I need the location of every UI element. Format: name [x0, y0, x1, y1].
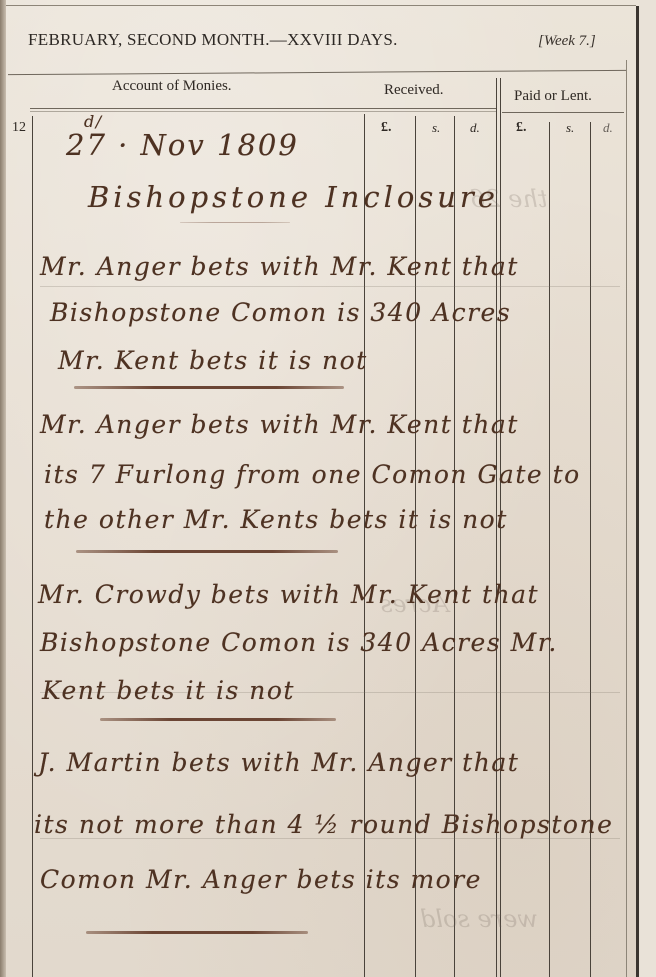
bet-3-line-2: Bishopstone Comon is 340 Acres Mr. — [40, 628, 558, 657]
bet-4-line-2: its not more than 4 ½ round Bishopstone — [34, 810, 613, 839]
paid-shillings-rule — [549, 122, 550, 977]
received-pounds-label: £. — [381, 120, 392, 136]
bet-1-line-3: Mr. Kent bets it is not — [58, 346, 368, 375]
header-rule-paid — [502, 112, 624, 113]
bet-4-line-3: Comon Mr. Anger bets its more — [40, 865, 482, 894]
column-header-paid: Paid or Lent. — [514, 88, 592, 105]
header-rule-top — [8, 70, 626, 75]
bleed-line — [40, 286, 620, 287]
page-title: FEBRUARY, SECOND MONTH.—XXVIII DAYS. — [28, 30, 398, 50]
received-pounds-rule — [364, 114, 365, 977]
bet-4-separator — [86, 931, 308, 934]
entry-heading: Bishopstone Inclosure — [88, 180, 499, 214]
paid-shillings-label: s. — [566, 120, 574, 136]
bet-4-line-1: J. Martin bets with Mr. Anger that — [38, 748, 519, 777]
bet-2-line-2: its 7 Furlong from one Comon Gate to — [44, 460, 581, 489]
entry-date: 27 · Nov 1809 — [66, 128, 299, 162]
column-header-account: Account of Monies. — [112, 78, 232, 95]
paid-pence-label: d. — [603, 120, 613, 136]
right-inner-rule — [626, 60, 627, 977]
column-header-received: Received. — [384, 82, 444, 99]
bleed-through-text: were sold — [420, 905, 538, 933]
margin-rule — [32, 116, 33, 977]
bet-3-separator — [100, 718, 336, 721]
row-number: 12 — [12, 120, 26, 136]
heading-underline — [180, 222, 290, 223]
bet-3-line-3: Kent bets it is not — [42, 676, 295, 705]
bet-2-line-1: Mr. Anger bets with Mr. Kent that — [40, 410, 519, 439]
right-margin — [639, 0, 656, 977]
bet-1-line-1: Mr. Anger bets with Mr. Kent that — [40, 252, 519, 281]
ledger-page: FEBRUARY, SECOND MONTH.—XXVIII DAYS. [We… — [0, 0, 656, 977]
received-shillings-label: s. — [432, 120, 440, 136]
bet-1-separator — [74, 386, 344, 389]
paid-pounds-label: £. — [516, 120, 527, 136]
bet-3-line-1: Mr. Crowdy bets with Mr. Kent that — [38, 580, 539, 609]
bet-1-line-2: Bishopstone Comon is 340 Acres — [50, 298, 511, 327]
header-rule-mid — [30, 108, 496, 109]
received-shillings-rule — [415, 116, 416, 977]
received-pence-label: d. — [470, 120, 480, 136]
week-label: [Week 7.] — [538, 33, 596, 50]
page-left-edge — [0, 0, 6, 977]
top-border — [6, 5, 636, 6]
bet-2-separator — [76, 550, 338, 553]
received-pence-rule — [454, 116, 455, 977]
paid-pence-rule — [590, 122, 591, 977]
bet-2-line-3: the other Mr. Kents bets it is not — [44, 505, 508, 534]
